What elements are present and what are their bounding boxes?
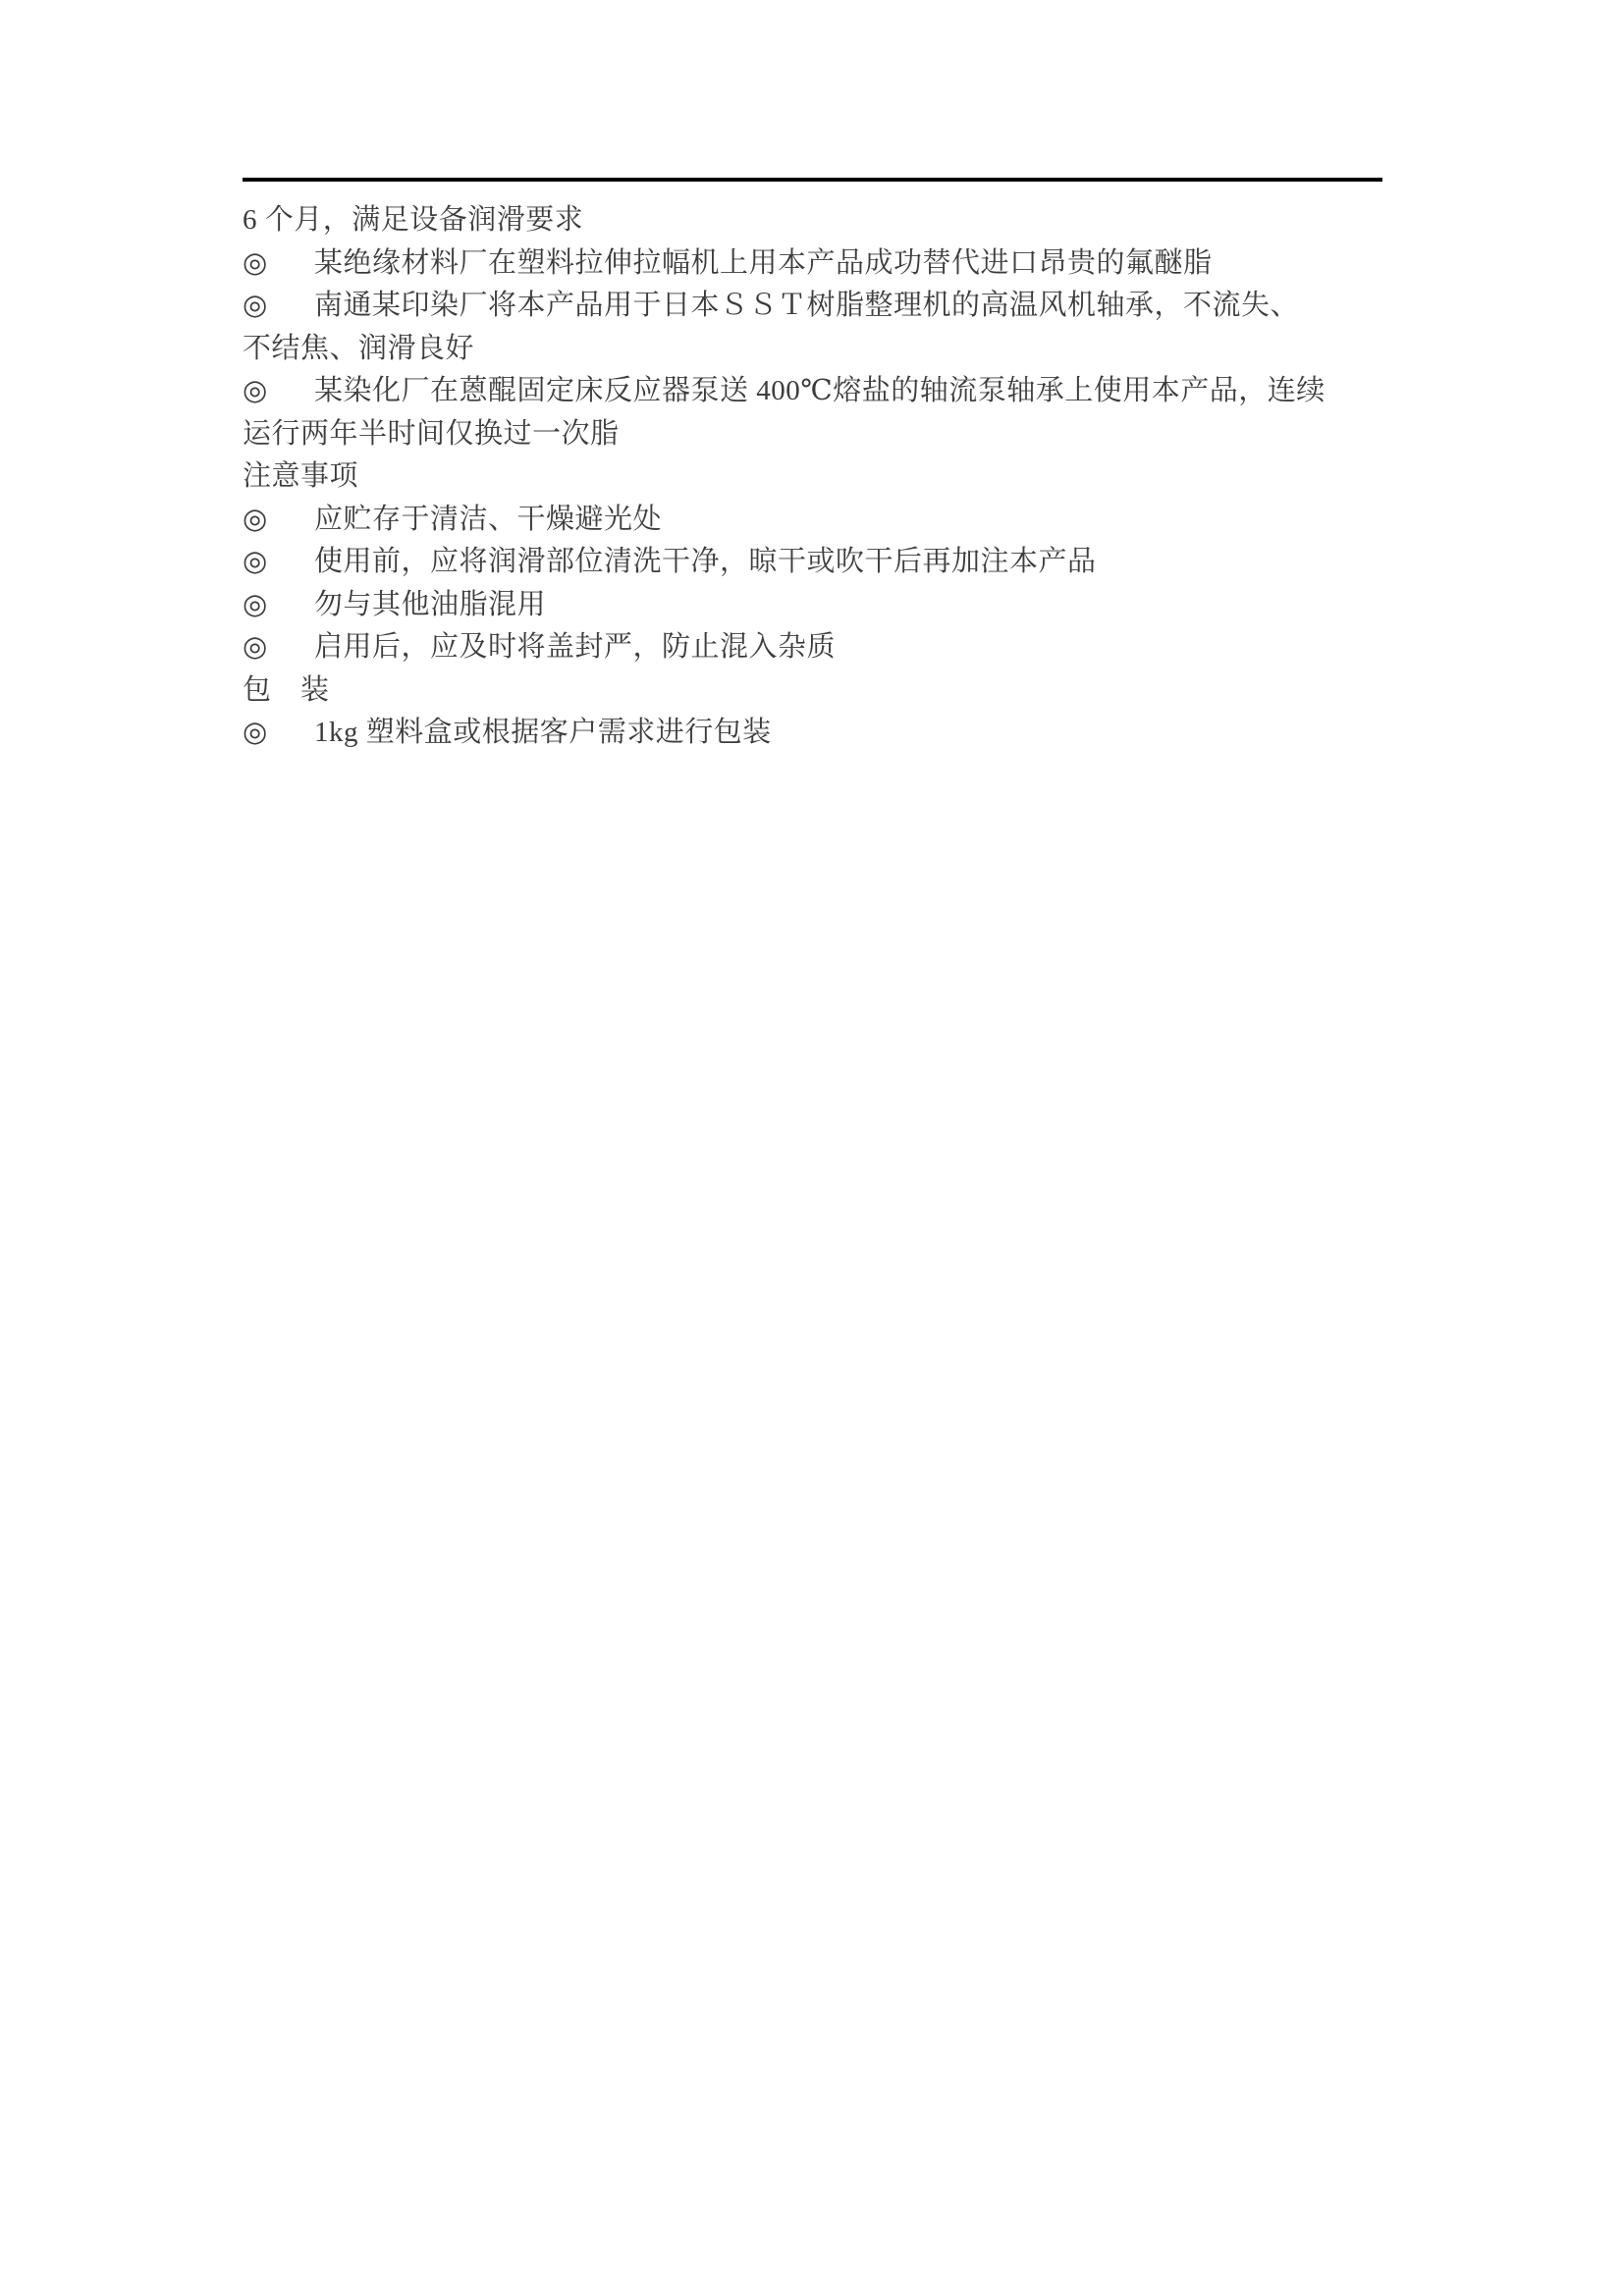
line-text: 勿与其他油脂混用 <box>314 589 546 620</box>
line-text: 使用前，应将润滑部位清洗干净，晾干或吹干后再加注本产品 <box>314 546 1097 577</box>
line-text: 启用后，应及时将盖封严，防止混入杂质 <box>314 631 836 663</box>
section-heading: 注意事项 <box>243 455 1391 499</box>
text-line: ◎启用后，应及时将盖封严，防止混入杂质 <box>243 626 1391 669</box>
text-line: 6 个月，满足设备润滑要求 <box>243 199 1391 242</box>
text-line: ◎勿与其他油脂混用 <box>243 584 1391 627</box>
line-text: 包 装 <box>243 674 330 706</box>
line-text: 6 个月，满足设备润滑要求 <box>243 204 583 236</box>
bullet-marker: ◎ <box>243 584 314 627</box>
bullet-marker: ◎ <box>243 285 314 328</box>
text-line: ◎某绝缘材料厂在塑料拉伸拉幅机上用本产品成功替代进口昂贵的氟醚脂 <box>243 242 1391 286</box>
line-text: 1kg 塑料盒或根据客户需求进行包装 <box>314 717 772 748</box>
line-text: 某绝缘材料厂在塑料拉伸拉幅机上用本产品成功替代进口昂贵的氟醚脂 <box>314 247 1213 279</box>
bullet-marker: ◎ <box>243 626 314 669</box>
line-text: 应贮存于清洁、干燥避光处 <box>314 504 662 535</box>
header-rule <box>243 178 1382 182</box>
bullet-marker: ◎ <box>243 499 314 542</box>
bullet-marker: ◎ <box>243 370 314 413</box>
text-line: ◎某染化厂在蒽醌固定床反应器泵送 400℃熔盐的轴流泵轴承上使用本产品，连续 <box>243 370 1391 413</box>
line-text: 南通某印染厂将本产品用于日本ＳＳＴ树脂整理机的高温风机轴承，不流失、 <box>314 290 1299 321</box>
line-text: 某染化厂在蒽醌固定床反应器泵送 400℃熔盐的轴流泵轴承上使用本产品，连续 <box>314 375 1326 406</box>
line-text: 运行两年半时间仅换过一次脂 <box>243 418 620 450</box>
text-line: ◎1kg 塑料盒或根据客户需求进行包装 <box>243 712 1391 755</box>
text-line: ◎使用前，应将润滑部位清洗干净，晾干或吹干后再加注本产品 <box>243 541 1391 584</box>
bullet-marker: ◎ <box>243 712 314 755</box>
document-body: 6 个月，满足设备润滑要求 ◎某绝缘材料厂在塑料拉伸拉幅机上用本产品成功替代进口… <box>243 199 1391 755</box>
bullet-marker: ◎ <box>243 541 314 584</box>
line-text: 不结焦、润滑良好 <box>243 333 474 364</box>
text-line: 不结焦、润滑良好 <box>243 328 1391 371</box>
text-line: 运行两年半时间仅换过一次脂 <box>243 413 1391 456</box>
line-text: 注意事项 <box>243 460 358 492</box>
text-line: ◎南通某印染厂将本产品用于日本ＳＳＴ树脂整理机的高温风机轴承，不流失、 <box>243 285 1391 328</box>
bullet-marker: ◎ <box>243 242 314 286</box>
document-page: 6 个月，满足设备润滑要求 ◎某绝缘材料厂在塑料拉伸拉幅机上用本产品成功替代进口… <box>0 0 1624 2296</box>
text-line: ◎应贮存于清洁、干燥避光处 <box>243 499 1391 542</box>
section-heading: 包 装 <box>243 669 1391 713</box>
